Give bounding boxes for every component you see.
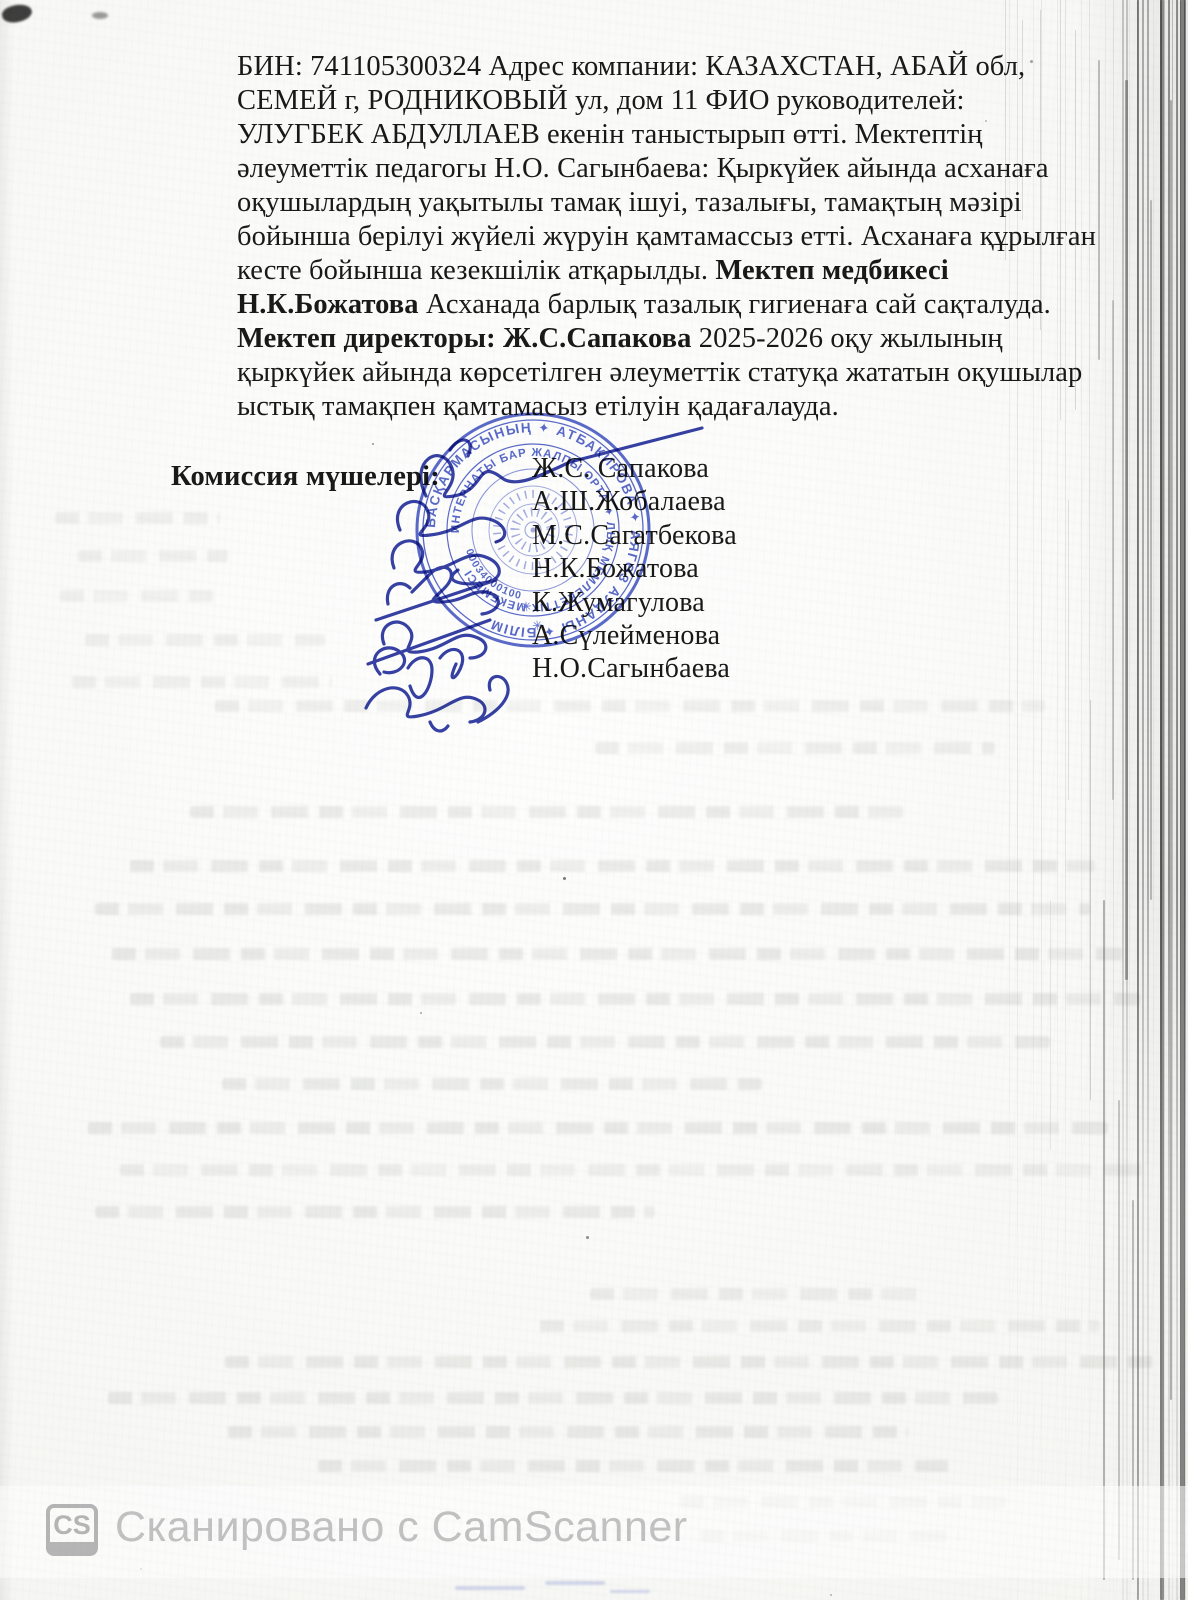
bleed-through-text-line bbox=[222, 1078, 762, 1090]
left-edge-shade bbox=[0, 0, 14, 1600]
ink-transfer-mark bbox=[545, 1581, 605, 1585]
bleed-through-text-line bbox=[72, 676, 332, 688]
ink-transfer-mark bbox=[455, 1586, 525, 1590]
bleed-through-text-line bbox=[112, 948, 1122, 960]
scanner-streak-line bbox=[1068, 500, 1069, 800]
bleed-through-text-line bbox=[190, 806, 905, 818]
dust-speck bbox=[830, 1594, 832, 1596]
signature-7 bbox=[366, 676, 508, 730]
bleed-through-text-line bbox=[95, 1206, 655, 1218]
body-text-segment: БИН: 741105300324 Адрес компании: КАЗАХС… bbox=[237, 51, 1096, 286]
document-body-text: БИН: 741105300324 Адрес компании: КАЗАХС… bbox=[237, 50, 1097, 424]
camscanner-watermark: CS Сканировано с CamScanner bbox=[0, 1486, 1188, 1578]
signature-3 bbox=[392, 541, 499, 584]
scanner-streak-line bbox=[1103, 900, 1105, 1580]
bleed-through-text-line bbox=[225, 1356, 1155, 1368]
scanner-streak-line bbox=[1125, 80, 1128, 980]
signature-1 bbox=[421, 428, 702, 497]
scanner-streak-line bbox=[1170, 100, 1172, 1400]
signature-5 bbox=[368, 620, 490, 664]
bleed-through-text-line bbox=[595, 742, 995, 754]
handwritten-signatures bbox=[330, 398, 760, 743]
bleed-through-text-line bbox=[318, 1460, 948, 1472]
bleed-through-text-line bbox=[540, 1320, 1100, 1332]
ink-transfer-mark bbox=[610, 1590, 650, 1593]
signature-4 bbox=[376, 567, 498, 620]
scanner-streak-line bbox=[1098, 60, 1100, 360]
camscanner-logo-bar bbox=[49, 1542, 95, 1554]
signature-2 bbox=[397, 502, 504, 542]
camscanner-watermark-text: Сканировано с CamScanner bbox=[115, 1503, 688, 1552]
director-name-bold: Мектеп директоры: Ж.С.Сапакова bbox=[237, 323, 699, 354]
bleed-through-text-line bbox=[85, 634, 325, 646]
camscanner-logo-icon: CS bbox=[46, 1504, 98, 1556]
bleed-through-text-line bbox=[228, 1426, 908, 1438]
scan-smudge-top-left-2 bbox=[92, 12, 108, 19]
bleed-through-text-line bbox=[130, 993, 1140, 1005]
bleed-through-text-line bbox=[590, 1288, 920, 1300]
scanned-document-page: БИН: 741105300324 Адрес компании: КАЗАХС… bbox=[0, 0, 1188, 1600]
bleed-through-text-line bbox=[60, 590, 220, 602]
body-text-segment: Асханада барлық тазалық гигиенаға сай са… bbox=[426, 289, 1051, 320]
dust-speck bbox=[586, 1236, 589, 1239]
scanner-streak-line bbox=[1180, 0, 1185, 1600]
scanner-streak-line bbox=[1137, 0, 1139, 1600]
dust-speck bbox=[420, 1012, 422, 1014]
camscanner-logo-text: CS bbox=[50, 1510, 94, 1541]
scanner-streak-line bbox=[1112, 300, 1114, 800]
bleed-through-text-line bbox=[130, 860, 1095, 872]
bleed-through-text-line bbox=[95, 903, 1090, 915]
bleed-through-text-line bbox=[55, 512, 220, 524]
scanner-streak-line bbox=[1090, 700, 1091, 1100]
scanner-streak-line bbox=[1150, 200, 1152, 900]
bleed-through-text-line bbox=[88, 1122, 1108, 1134]
bleed-through-text-line bbox=[160, 1036, 1050, 1048]
bleed-through-text-line bbox=[78, 550, 228, 562]
bleed-through-text-line bbox=[120, 1164, 1150, 1176]
bleed-through-text-line bbox=[108, 1392, 998, 1404]
scanner-streak-line bbox=[1050, 900, 1051, 1150]
dust-speck bbox=[563, 877, 566, 880]
scanner-streak-line bbox=[1160, 0, 1164, 1600]
